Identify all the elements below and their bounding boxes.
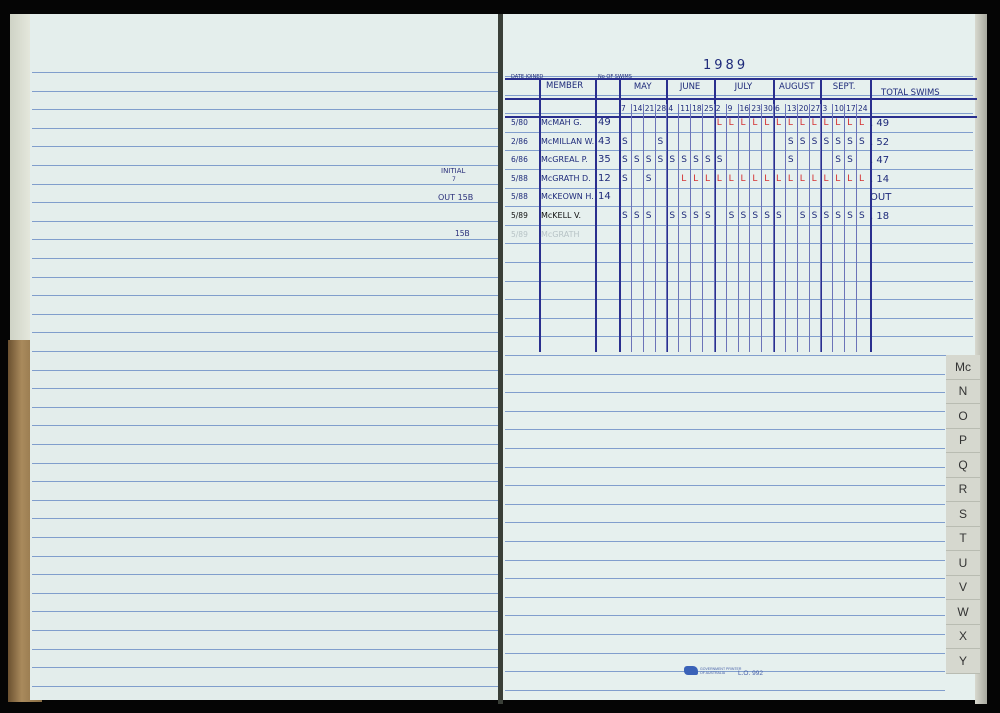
attendance-mark: L — [835, 174, 840, 184]
margin-note-ref: 15B — [455, 229, 470, 238]
attendance-mark: S — [835, 137, 841, 147]
row-member-name: McMILLAN W. — [541, 137, 594, 146]
attendance-mark: L — [752, 174, 757, 184]
row-date-joined: 2/86 — [511, 137, 528, 146]
date-header: 2 — [716, 104, 721, 113]
form-code: L.O. 992 — [738, 670, 763, 677]
row-member-name: McMAH G. — [541, 118, 582, 127]
date-header: 9 — [728, 104, 733, 113]
attendance-mark: S — [634, 155, 640, 165]
book-spine — [498, 14, 503, 704]
attendance-mark: L — [717, 174, 722, 184]
index-tab-v[interactable]: V — [946, 576, 980, 601]
row-member-name: McKEOWN H. — [541, 192, 594, 201]
attendance-mark: S — [823, 211, 829, 221]
attendance-mark: L — [705, 174, 710, 184]
attendance-mark: S — [693, 155, 699, 165]
attendance-mark: L — [681, 174, 686, 184]
date-header: 18 — [692, 104, 702, 113]
attendance-mark: S — [788, 137, 794, 147]
attendance-mark: S — [658, 137, 664, 147]
month-header-may: MAY — [619, 82, 666, 92]
open-ledger-book: INITIAL 7 OUT 15B 15B 1989 DATE JOINED M… — [0, 0, 1000, 713]
row-no-of-swims: 49 — [598, 117, 611, 128]
date-header: 7 — [621, 104, 626, 113]
month-header-august: AUGUST — [773, 82, 820, 92]
attendance-mark: L — [847, 118, 852, 128]
attendance-mark: S — [776, 211, 782, 221]
attendance-mark: S — [622, 155, 628, 165]
attendance-mark: L — [800, 118, 805, 128]
attendance-mark: S — [622, 174, 628, 184]
attendance-mark: S — [847, 211, 853, 221]
margin-note-out: OUT 15B — [438, 193, 473, 202]
publisher-imprint: GOVERNMENT PRINTEROF AUSTRALIA — [700, 667, 741, 675]
attendance-mark: L — [835, 118, 840, 128]
attendance-mark: S — [693, 211, 699, 221]
attendance-mark: L — [859, 118, 864, 128]
row-date-joined: 5/89 — [511, 230, 528, 239]
attendance-mark: S — [646, 174, 652, 184]
attendance-mark: S — [705, 211, 711, 221]
attendance-mark: S — [646, 155, 652, 165]
column-header-no-of-swims: No OF SWIMS — [598, 74, 618, 80]
attendance-mark: L — [741, 118, 746, 128]
attendance-mark: S — [800, 137, 806, 147]
date-header: 14 — [633, 104, 643, 113]
row-date-joined: 6/86 — [511, 155, 528, 164]
attendance-mark: L — [847, 174, 852, 184]
row-date-joined: 5/80 — [511, 118, 528, 127]
attendance-mark: L — [800, 174, 805, 184]
row-total-swims: . 18 — [870, 211, 889, 222]
attendance-mark: S — [622, 137, 628, 147]
attendance-mark: S — [681, 211, 687, 221]
attendance-mark: L — [812, 118, 817, 128]
index-tab-w[interactable]: W — [946, 600, 980, 625]
row-member-name: McGRATH D. — [541, 174, 591, 183]
attendance-mark: L — [741, 174, 746, 184]
row-member-name: McGREAL P. — [541, 155, 588, 164]
row-no-of-swims: 14 — [598, 191, 611, 202]
attendance-mark: S — [622, 211, 628, 221]
index-tab-p[interactable]: P — [946, 429, 980, 454]
row-member-name: McKELL V. — [541, 211, 581, 220]
row-total-swims: OUT — [870, 192, 891, 203]
attendance-mark: S — [669, 211, 675, 221]
attendance-mark: S — [812, 137, 818, 147]
attendance-mark: L — [823, 118, 828, 128]
index-tab-x[interactable]: X — [946, 625, 980, 650]
row-member-name: McGRATH — [541, 230, 580, 239]
date-header: 17 — [846, 104, 856, 113]
register-year: 1989 — [703, 58, 748, 73]
attendance-mark: S — [681, 155, 687, 165]
row-date-joined: 5/88 — [511, 174, 528, 183]
row-total-swims: . 14 — [870, 174, 889, 185]
attendance-mark: L — [776, 174, 781, 184]
date-header: 10 — [834, 104, 844, 113]
attendance-mark: S — [752, 211, 758, 221]
attendance-mark: L — [752, 118, 757, 128]
attendance-mark: L — [812, 174, 817, 184]
column-header-member: MEMBER — [546, 81, 583, 91]
attendance-mark: L — [693, 174, 698, 184]
row-total-swims: . 47 — [870, 155, 889, 166]
attendance-mark: S — [705, 155, 711, 165]
date-header: 16 — [740, 104, 750, 113]
attendance-mark: L — [788, 118, 793, 128]
row-total-swims: . 49 — [870, 118, 889, 129]
month-header-july: JULY — [714, 82, 773, 92]
attendance-mark: S — [847, 137, 853, 147]
date-header: 28 — [657, 104, 667, 113]
attendance-mark: S — [859, 137, 865, 147]
row-date-joined: 5/88 — [511, 192, 528, 201]
attendance-mark: S — [717, 155, 723, 165]
row-total-swims: . 52 — [870, 137, 889, 148]
attendance-mark: S — [669, 155, 675, 165]
australia-map-logo-icon — [684, 666, 698, 675]
index-tab-r[interactable]: R — [946, 478, 980, 503]
attendance-mark: S — [741, 211, 747, 221]
attendance-mark: S — [646, 211, 652, 221]
date-header: 13 — [787, 104, 797, 113]
left-page-stack-edge — [10, 14, 32, 344]
attendance-mark: L — [859, 174, 864, 184]
attendance-mark: S — [634, 211, 640, 221]
margin-note-initial: INITIAL — [441, 168, 465, 174]
index-tab-n[interactable]: N — [946, 380, 980, 405]
column-header-date-joined: DATE JOINED — [511, 74, 537, 80]
date-header: 3 — [822, 104, 827, 113]
month-header-sept: SEPT. — [820, 82, 867, 92]
attendance-mark: L — [729, 118, 734, 128]
month-header-june: JUNE — [666, 82, 713, 92]
margin-note-initial-value: 7 — [452, 176, 456, 183]
date-header: 24 — [858, 104, 868, 113]
attendance-mark: L — [717, 118, 722, 128]
column-header-total-swims: TOTAL SWIMS — [881, 88, 940, 98]
alphabet-index-tabs: McNOPQRSTUVWXY — [946, 355, 980, 674]
index-tab-mc[interactable]: Mc — [946, 355, 980, 380]
attendance-mark: S — [729, 211, 735, 221]
date-header: 6 — [775, 104, 780, 113]
date-header: 25 — [704, 104, 714, 113]
date-header: 27 — [811, 104, 821, 113]
publisher-line-2: OF AUSTRALIA — [700, 671, 725, 675]
date-header: 30 — [763, 104, 773, 113]
row-date-joined: 5/89 — [511, 211, 528, 220]
attendance-mark: S — [835, 155, 841, 165]
attendance-mark: L — [776, 118, 781, 128]
attendance-mark: S — [788, 155, 794, 165]
date-header: 21 — [645, 104, 655, 113]
attendance-mark: S — [835, 211, 841, 221]
index-tab-y[interactable]: Y — [946, 649, 980, 674]
attendance-mark: S — [800, 211, 806, 221]
attendance-mark: L — [823, 174, 828, 184]
attendance-mark: L — [729, 174, 734, 184]
date-header: 4 — [668, 104, 673, 113]
index-tab-s[interactable]: S — [946, 502, 980, 527]
row-no-of-swims: 35 — [598, 154, 611, 165]
attendance-mark: S — [764, 211, 770, 221]
date-header: 11 — [680, 104, 690, 113]
attendance-mark: S — [823, 137, 829, 147]
attendance-mark: S — [812, 211, 818, 221]
row-no-of-swims: 43 — [598, 136, 611, 147]
date-header: 20 — [799, 104, 809, 113]
index-tab-q[interactable]: Q — [946, 453, 980, 478]
index-tab-o[interactable]: O — [946, 404, 980, 429]
attendance-mark: S — [658, 155, 664, 165]
index-tab-u[interactable]: U — [946, 551, 980, 576]
left-page-lower-sheet — [40, 340, 500, 700]
date-header: 23 — [751, 104, 761, 113]
attendance-mark: L — [764, 118, 769, 128]
attendance-mark: L — [764, 174, 769, 184]
index-tab-t[interactable]: T — [946, 527, 980, 552]
attendance-mark: L — [788, 174, 793, 184]
row-no-of-swims: 12 — [598, 173, 611, 184]
attendance-mark: S — [847, 155, 853, 165]
attendance-mark: S — [859, 211, 865, 221]
